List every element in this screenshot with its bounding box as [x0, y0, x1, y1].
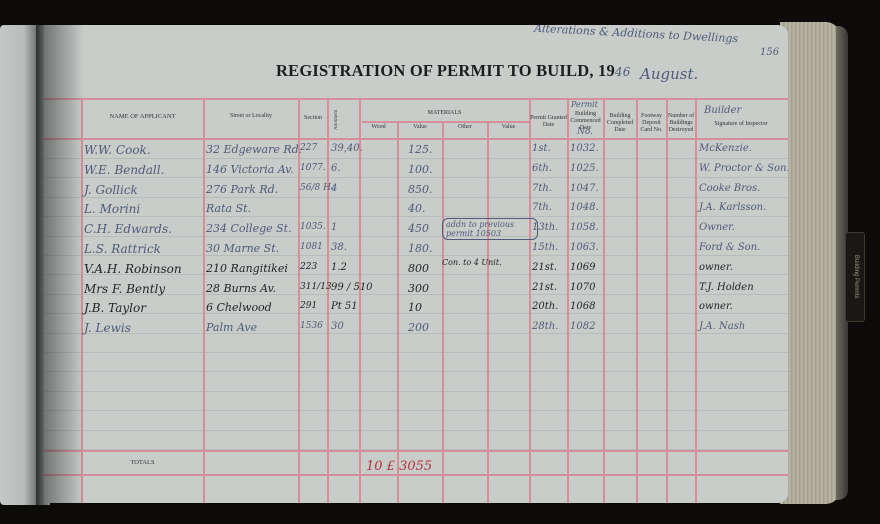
row-name: C.H. Edwards. — [84, 222, 172, 236]
row-section: 223 — [300, 262, 317, 272]
row-permit-no: 1070 — [570, 282, 595, 293]
header-name: NAME OF APPLICANT — [82, 113, 203, 120]
row-builder: W. Proctor & Son. — [699, 163, 788, 174]
row-section: 1077. — [300, 163, 326, 173]
row-other: Con. to 4 Unit. — [442, 258, 532, 267]
left-page-edge — [0, 25, 40, 505]
row-allotment: 38. — [331, 242, 347, 253]
row-granted: 15th. — [532, 242, 558, 253]
row-name: L.S. Rattrick — [84, 242, 161, 256]
row-permit-no: 1025. — [570, 163, 599, 174]
row-builder: McKenzie. — [699, 143, 752, 154]
row-builder: owner. — [699, 262, 733, 273]
row-allotment: 1.2 — [331, 262, 347, 273]
ruled-line — [44, 430, 788, 431]
row-street: Palm Ave — [206, 321, 257, 334]
header-permit-granted: Permit Granted Date — [530, 115, 567, 129]
row-name: W.E. Bendall. — [84, 163, 164, 177]
row-granted: 6th. — [532, 163, 552, 174]
totals-value: 10 £ 3055 — [366, 459, 432, 474]
row-section: 56/8 H. — [300, 183, 334, 193]
row-permit-no: 1032. — [570, 143, 599, 154]
header-materials: MATERIALS — [360, 110, 529, 117]
row-allotment: 6. — [331, 163, 341, 174]
row-section: 311/13 — [300, 282, 332, 292]
row-name: W.W. Cook. — [84, 143, 151, 157]
ruled-line — [44, 371, 788, 372]
ledger-page: Alterations & Additions to Dwellings 156… — [44, 25, 788, 503]
row-allotment: 99 / 510 — [331, 282, 373, 293]
row-street: 30 Marne St. — [206, 242, 279, 255]
page-number: 156 — [760, 47, 779, 58]
ruled-line — [44, 410, 788, 411]
row-value: 180. — [408, 242, 433, 255]
header-commenced-handwritten: Permit — [571, 100, 598, 109]
col-rule — [636, 99, 638, 503]
header-inspector: Signature of Inspector — [696, 121, 786, 128]
page-stack-edges — [780, 22, 840, 504]
row-permit-no: 1058. — [570, 222, 599, 233]
row-builder: T.J. Holden — [699, 282, 754, 293]
row-permit-no: 1048. — [570, 202, 599, 213]
row-street: 210 Rangitikei — [206, 262, 288, 275]
row-allotment: 1 — [331, 222, 337, 233]
ruled-line — [44, 158, 788, 159]
row-value: 10 — [408, 301, 422, 314]
row-value: 850. — [408, 183, 433, 196]
row-builder: J.A. Karlsson. — [699, 202, 766, 213]
header-section: Section — [299, 115, 327, 122]
row-street: 6 Chelwood — [206, 301, 272, 314]
header-value-1: Value — [398, 124, 442, 131]
col-rule — [81, 99, 83, 503]
row-allotment: 39,40. — [331, 143, 363, 154]
row-granted: 20th. — [532, 301, 558, 312]
header-builder-handwritten: Builder — [704, 105, 741, 116]
header-number-destroyed: Number of Buildings Destroyed — [667, 113, 695, 134]
row-section: 1536 — [300, 321, 323, 331]
row-permit-no: 1047. — [570, 183, 599, 194]
row-permit-no: 1063. — [570, 242, 599, 253]
row-value: 100. — [408, 163, 433, 176]
row-name: J.B. Taylor — [84, 301, 146, 315]
row-street: 28 Burns Av. — [206, 282, 276, 295]
ruled-line — [44, 391, 788, 392]
row-granted: 13th. — [532, 222, 558, 233]
row-granted: 1st. — [532, 143, 551, 154]
row-street: 146 Victoria Av. — [206, 163, 294, 176]
row-value: 125. — [408, 143, 433, 156]
row-name: J. Gollick — [84, 183, 138, 197]
materials-subrule — [362, 121, 529, 123]
header-top-rule — [44, 98, 788, 100]
title-month: August. — [640, 65, 698, 83]
row-street: 32 Edgeware Rd. — [206, 143, 302, 156]
row-builder: owner. — [699, 301, 733, 312]
totals-top-rule — [44, 450, 788, 452]
row-granted: 21st. — [532, 282, 557, 293]
totals-bottom-rule — [44, 474, 788, 476]
col-rule — [359, 99, 361, 503]
col-rule — [603, 99, 605, 503]
row-section: 227 — [300, 143, 317, 153]
col-rule — [695, 99, 697, 503]
row-value: 450 — [408, 222, 429, 235]
row-permit-no: 1069 — [570, 262, 595, 273]
page-title: REGISTRATION OF PERMIT TO BUILD, 1946 — [276, 61, 631, 81]
row-value: 800 — [408, 262, 429, 275]
col-rule — [666, 99, 668, 503]
row-builder: Owner. — [699, 222, 735, 233]
spine-label: Building Permits — [845, 232, 865, 322]
header-bottom-rule — [44, 138, 788, 140]
row-granted: 7th. — [532, 183, 552, 194]
col-rule — [203, 99, 205, 503]
ruled-line — [44, 216, 788, 217]
row-allotment: 30 — [331, 321, 344, 332]
row-builder: Cooke Bros. — [699, 183, 760, 194]
totals-label: TOTALS — [82, 459, 203, 466]
row-name: J. Lewis — [84, 321, 131, 335]
row-value: 200 — [408, 321, 429, 334]
ruled-line — [44, 177, 788, 178]
row-street: 234 College St. — [206, 222, 292, 235]
col-rule — [327, 99, 329, 503]
ruled-line — [44, 197, 788, 198]
header-value-2: Value — [488, 124, 529, 131]
row-granted: 28th. — [532, 321, 558, 332]
row-other: addn to previous permit 10503 — [442, 218, 538, 240]
ruled-line — [44, 352, 788, 353]
row-builder: J.A. Nash — [699, 321, 745, 332]
header-wood: Wood — [360, 124, 397, 131]
row-street: Rata St. — [206, 202, 251, 215]
row-value: 300 — [408, 282, 429, 295]
header-completed: Building Completed Date — [604, 113, 636, 134]
row-allotment: 4 — [331, 183, 337, 194]
row-street: 276 Park Rd. — [206, 183, 278, 196]
row-permit-no: 1068 — [570, 301, 595, 312]
col-rule — [529, 99, 531, 503]
header-street: Street or Locality — [204, 113, 298, 120]
row-value: 40. — [408, 202, 426, 215]
row-name: Mrs F. Bently — [84, 282, 165, 296]
col-rule — [567, 99, 569, 503]
row-allotment: Pt 51 — [331, 301, 358, 312]
row-section: 291 — [300, 301, 317, 311]
col-rule — [397, 121, 399, 503]
title-text: REGISTRATION OF PERMIT TO BUILD, 19 — [276, 61, 615, 80]
header-commenced-note: No. — [577, 127, 593, 137]
title-year: 46 — [615, 65, 631, 79]
col-rule — [442, 121, 444, 503]
row-permit-no: 1082 — [570, 321, 595, 332]
header-allotment: Allotment — [333, 105, 353, 135]
row-granted: 21st. — [532, 262, 557, 273]
row-granted: 7th. — [532, 202, 552, 213]
top-note: Alterations & Additions to Dwellings — [534, 25, 739, 45]
col-rule — [487, 121, 489, 503]
row-name: L. Morini — [84, 202, 140, 216]
row-name: V.A.H. Robinson — [84, 262, 182, 276]
header-footway: Footway Deposit Card No. — [637, 113, 666, 134]
row-section: 1081 — [300, 242, 323, 252]
row-builder: Ford & Son. — [699, 242, 760, 253]
header-other: Other — [443, 124, 487, 131]
row-section: 1035. — [300, 222, 326, 232]
